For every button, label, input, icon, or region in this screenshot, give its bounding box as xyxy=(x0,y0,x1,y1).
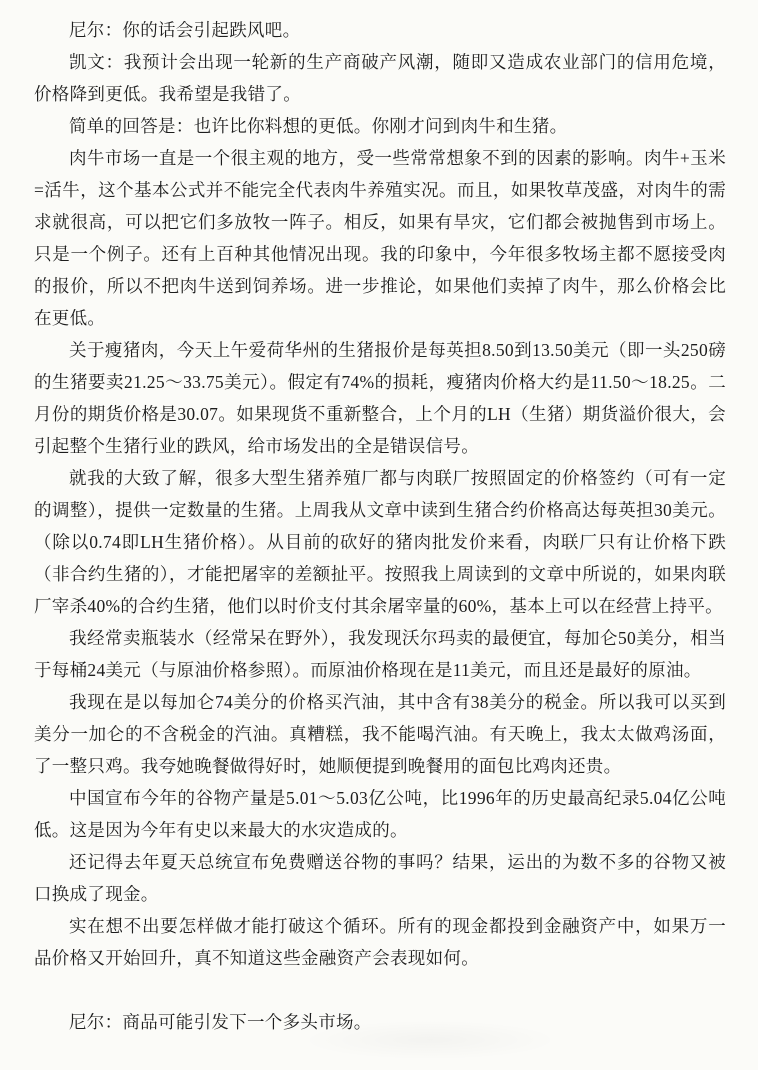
text-line: =活牛，这个基本公式并不能完全代表肉牛养殖实况。而且，如果牧草茂盛，对肉牛的需 xyxy=(34,174,726,206)
text-line: 美分一加仑的不含税金的汽油。真糟糕，我不能喝汽油。有天晚上，我太太做鸡汤面，用 xyxy=(34,718,726,750)
paragraph: 还记得去年夏天总统宣布免费赠送谷物的事吗？结果，运出的为数不多的谷物又被转口换成… xyxy=(34,846,726,910)
paragraph: 我经常卖瓶装水（经常呆在野外），我发现沃尔玛卖的最便宜，每加仑50美分，相当于每… xyxy=(34,622,726,686)
document-text: 尼尔：你的话会引起跌风吧。凯文：我预计会出现一轮新的生产商破产风潮，随即又造成农… xyxy=(34,14,726,1038)
text-line: 中国宣布今年的谷物产量是5.01～5.03亿公吨，比1996年的历史最高纪录5.… xyxy=(34,782,726,814)
text-line: 于每桶24美元（与原油价格参照）。而原油价格现在是11美元，而且还是最好的原油。 xyxy=(34,654,726,686)
paragraph: 凯文：我预计会出现一轮新的生产商破产风潮，随即又造成农业部门的信用危境，把价格降… xyxy=(34,46,726,110)
text-line: 尼尔：你的话会引起跌风吧。 xyxy=(34,14,726,46)
text-line: 只是一个例子。还有上百种其他情况出现。我的印象中，今年很多牧场主都不愿接受肉牛 xyxy=(34,238,726,270)
text-line: 尼尔：商品可能引发下一个多头市场。 xyxy=(34,1006,726,1038)
text-line: 的报价，所以不把肉牛送到饲养场。进一步推论，如果他们卖掉了肉牛，那么价格会比现 xyxy=(34,270,726,302)
text-line: 的生猪要卖21.25～33.75美元）。假定有74%的损耗，瘦猪肉价格大约是11… xyxy=(34,366,726,398)
text-line: 实在想不出要怎样做才能打破这个循环。所有的现金都投到金融资产中，如果万一商 xyxy=(34,910,726,942)
text-line: 凯文：我预计会出现一轮新的生产商破产风潮，随即又造成农业部门的信用危境，把 xyxy=(34,46,726,78)
text-line: 价格降到更低。我希望是我错了。 xyxy=(34,78,726,110)
paragraph: 尼尔：你的话会引起跌风吧。 xyxy=(34,14,726,46)
paragraph: 我现在是以每加仑74美分的价格买汽油，其中含有38美分的税金。所以我可以买到36… xyxy=(34,686,726,782)
text-line: 了一整只鸡。我夸她晚餐做得好时，她顺便提到晚餐用的面包比鸡肉还贵。 xyxy=(34,750,726,782)
text-line: 品价格又开始回升，真不知道这些金融资产会表现如何。 xyxy=(34,942,726,974)
paragraph: 中国宣布今年的谷物产量是5.01～5.03亿公吨，比1996年的历史最高纪录5.… xyxy=(34,782,726,846)
paragraph: 简单的回答是：也许比你料想的更低。你刚才问到肉牛和生猪。 xyxy=(34,110,726,142)
paragraph: 尼尔：商品可能引发下一个多头市场。 xyxy=(34,1006,726,1038)
text-line: 口换成了现金。 xyxy=(34,878,726,910)
paragraph: 实在想不出要怎样做才能打破这个循环。所有的现金都投到金融资产中，如果万一商品价格… xyxy=(34,910,726,974)
paragraph: 肉牛市场一直是一个很主观的地方，受一些常常想象不到的因素的影响。肉牛+玉米=活牛… xyxy=(34,142,726,334)
text-line: （除以0.74即LH生猪价格）。从目前的砍好的猪肉批发价来看，肉联厂只有让价格下… xyxy=(34,526,726,558)
paragraph: 就我的大致了解，很多大型生猪养殖厂都与肉联厂按照固定的价格签约（可有一定的调整）… xyxy=(34,462,726,622)
text-line: 就我的大致了解，很多大型生猪养殖厂都与肉联厂按照固定的价格签约（可有一定 xyxy=(34,462,726,494)
text-line: 厂宰杀40%的合约生猪，他们以时价支付其余屠宰量的60%，基本上可以在经营上持平… xyxy=(34,590,726,622)
text-line: 我经常卖瓶装水（经常呆在野外），我发现沃尔玛卖的最便宜，每加仑50美分，相当 xyxy=(34,622,726,654)
paragraph: 关于瘦猪肉，今天上午爱荷华州的生猪报价是每英担8.50到13.50美元（即一头2… xyxy=(34,334,726,462)
text-line: 还记得去年夏天总统宣布免费赠送谷物的事吗？结果，运出的为数不多的谷物又被转 xyxy=(34,846,726,878)
text-line: 肉牛市场一直是一个很主观的地方，受一些常常想象不到的因素的影响。肉牛+玉米 xyxy=(34,142,726,174)
text-line: 低。这是因为今年有史以来最大的水灾造成的。 xyxy=(34,814,726,846)
text-line: 引起整个生猪行业的跌风，给市场发出的全是错误信号。 xyxy=(34,430,726,462)
text-line: 的调整），提供一定数量的生猪。上周我从文章中读到生猪合约价格高达每英担30美元。 xyxy=(34,494,726,526)
text-line: （非合约生猪的），才能把屠宰的差额扯平。按照我上周读到的文章中所说的，如果肉联 xyxy=(34,558,726,590)
text-line: 简单的回答是：也许比你料想的更低。你刚才问到肉牛和生猪。 xyxy=(34,110,726,142)
text-line: 我现在是以每加仑74美分的价格买汽油，其中含有38美分的税金。所以我可以买到36 xyxy=(34,686,726,718)
text-line: 关于瘦猪肉，今天上午爱荷华州的生猪报价是每英担8.50到13.50美元（即一头2… xyxy=(34,334,726,366)
text-line: 月份的期货价格是30.07。如果现货不重新整合，上个月的LH（生猪）期货溢价很大… xyxy=(34,398,726,430)
text-line: 求就很高，可以把它们多放牧一阵子。相反，如果有旱灾，它们都会被抛售到市场上。这 xyxy=(34,206,726,238)
scanned-page: 尼尔：你的话会引起跌风吧。凯文：我预计会出现一轮新的生产商破产风潮，随即又造成农… xyxy=(0,0,758,1070)
text-line: 在更低。 xyxy=(34,302,726,334)
